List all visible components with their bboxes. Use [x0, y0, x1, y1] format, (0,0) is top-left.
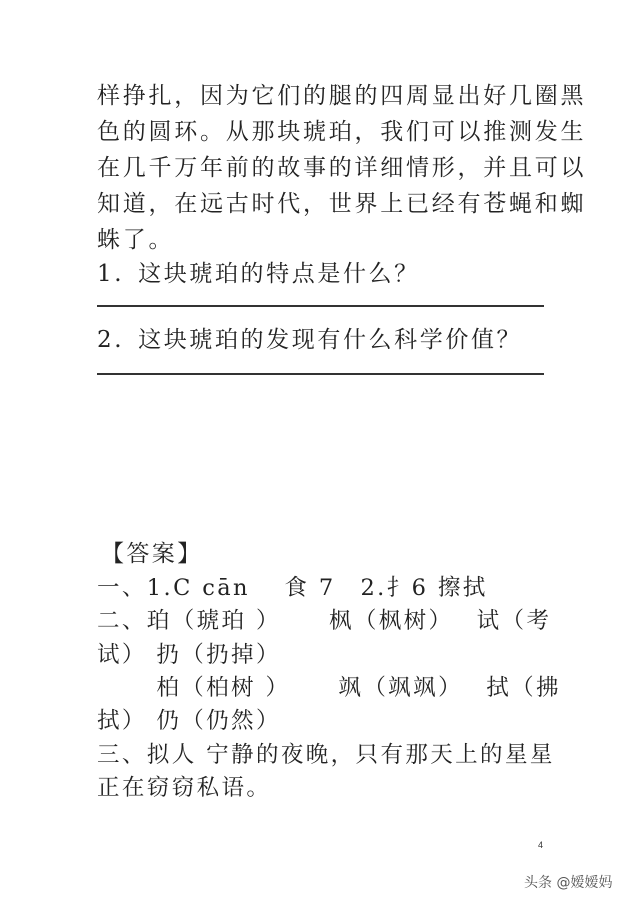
answer-line: 正在窃窃私语。	[97, 774, 271, 802]
question-2: 2.这块琥珀的发现有什么科学价值？	[97, 326, 522, 354]
answer-line: 柏（柏树 ） 飒（飒飒） 拭（拂	[97, 674, 561, 702]
answer-line: 试） 扔（扔掉）	[97, 641, 281, 669]
question-text: 这块琥珀的发现有什么科学价值？	[138, 327, 522, 353]
watermark: 头条 @嫒嫒妈	[524, 872, 612, 892]
document-page: 样挣扎，因为它们的腿的四周显出好几圈黑 色的圆环。从那块琥珀，我们可以推测发生 …	[0, 0, 640, 905]
answer-line: 三、拟人 宁静的夜晚，只有那天上的星星	[97, 741, 555, 769]
passage-line: 色的圆环。从那块琥珀，我们可以推测发生	[97, 118, 586, 146]
question-1: 1.这块琥珀的特点是什么？	[97, 260, 420, 288]
answer-line-1	[97, 305, 544, 307]
question-text: 这块琥珀的特点是什么？	[138, 261, 420, 287]
question-number: 2.	[97, 327, 124, 353]
answer-line-2	[97, 373, 544, 375]
question-number: 1.	[97, 261, 124, 287]
answer-line: 一、1.C cān 食 7 2.扌6 擦拭	[97, 574, 488, 602]
answer-heading: 【答案】	[101, 540, 203, 568]
answer-line: 二、珀（琥珀 ） 枫（枫树） 试（考	[97, 607, 551, 635]
passage-line: 样挣扎，因为它们的腿的四周显出好几圈黑	[97, 82, 586, 110]
passage-line: 知道，在远古时代，世界上已经有苍蝇和蜘	[97, 190, 586, 218]
passage-line: 在几千万年前的故事的详细情形，并且可以	[97, 154, 586, 182]
answer-line: 拭） 仍（仍然）	[97, 707, 281, 735]
page-number: 4	[538, 840, 543, 850]
passage-line: 蛛了。	[97, 226, 174, 254]
